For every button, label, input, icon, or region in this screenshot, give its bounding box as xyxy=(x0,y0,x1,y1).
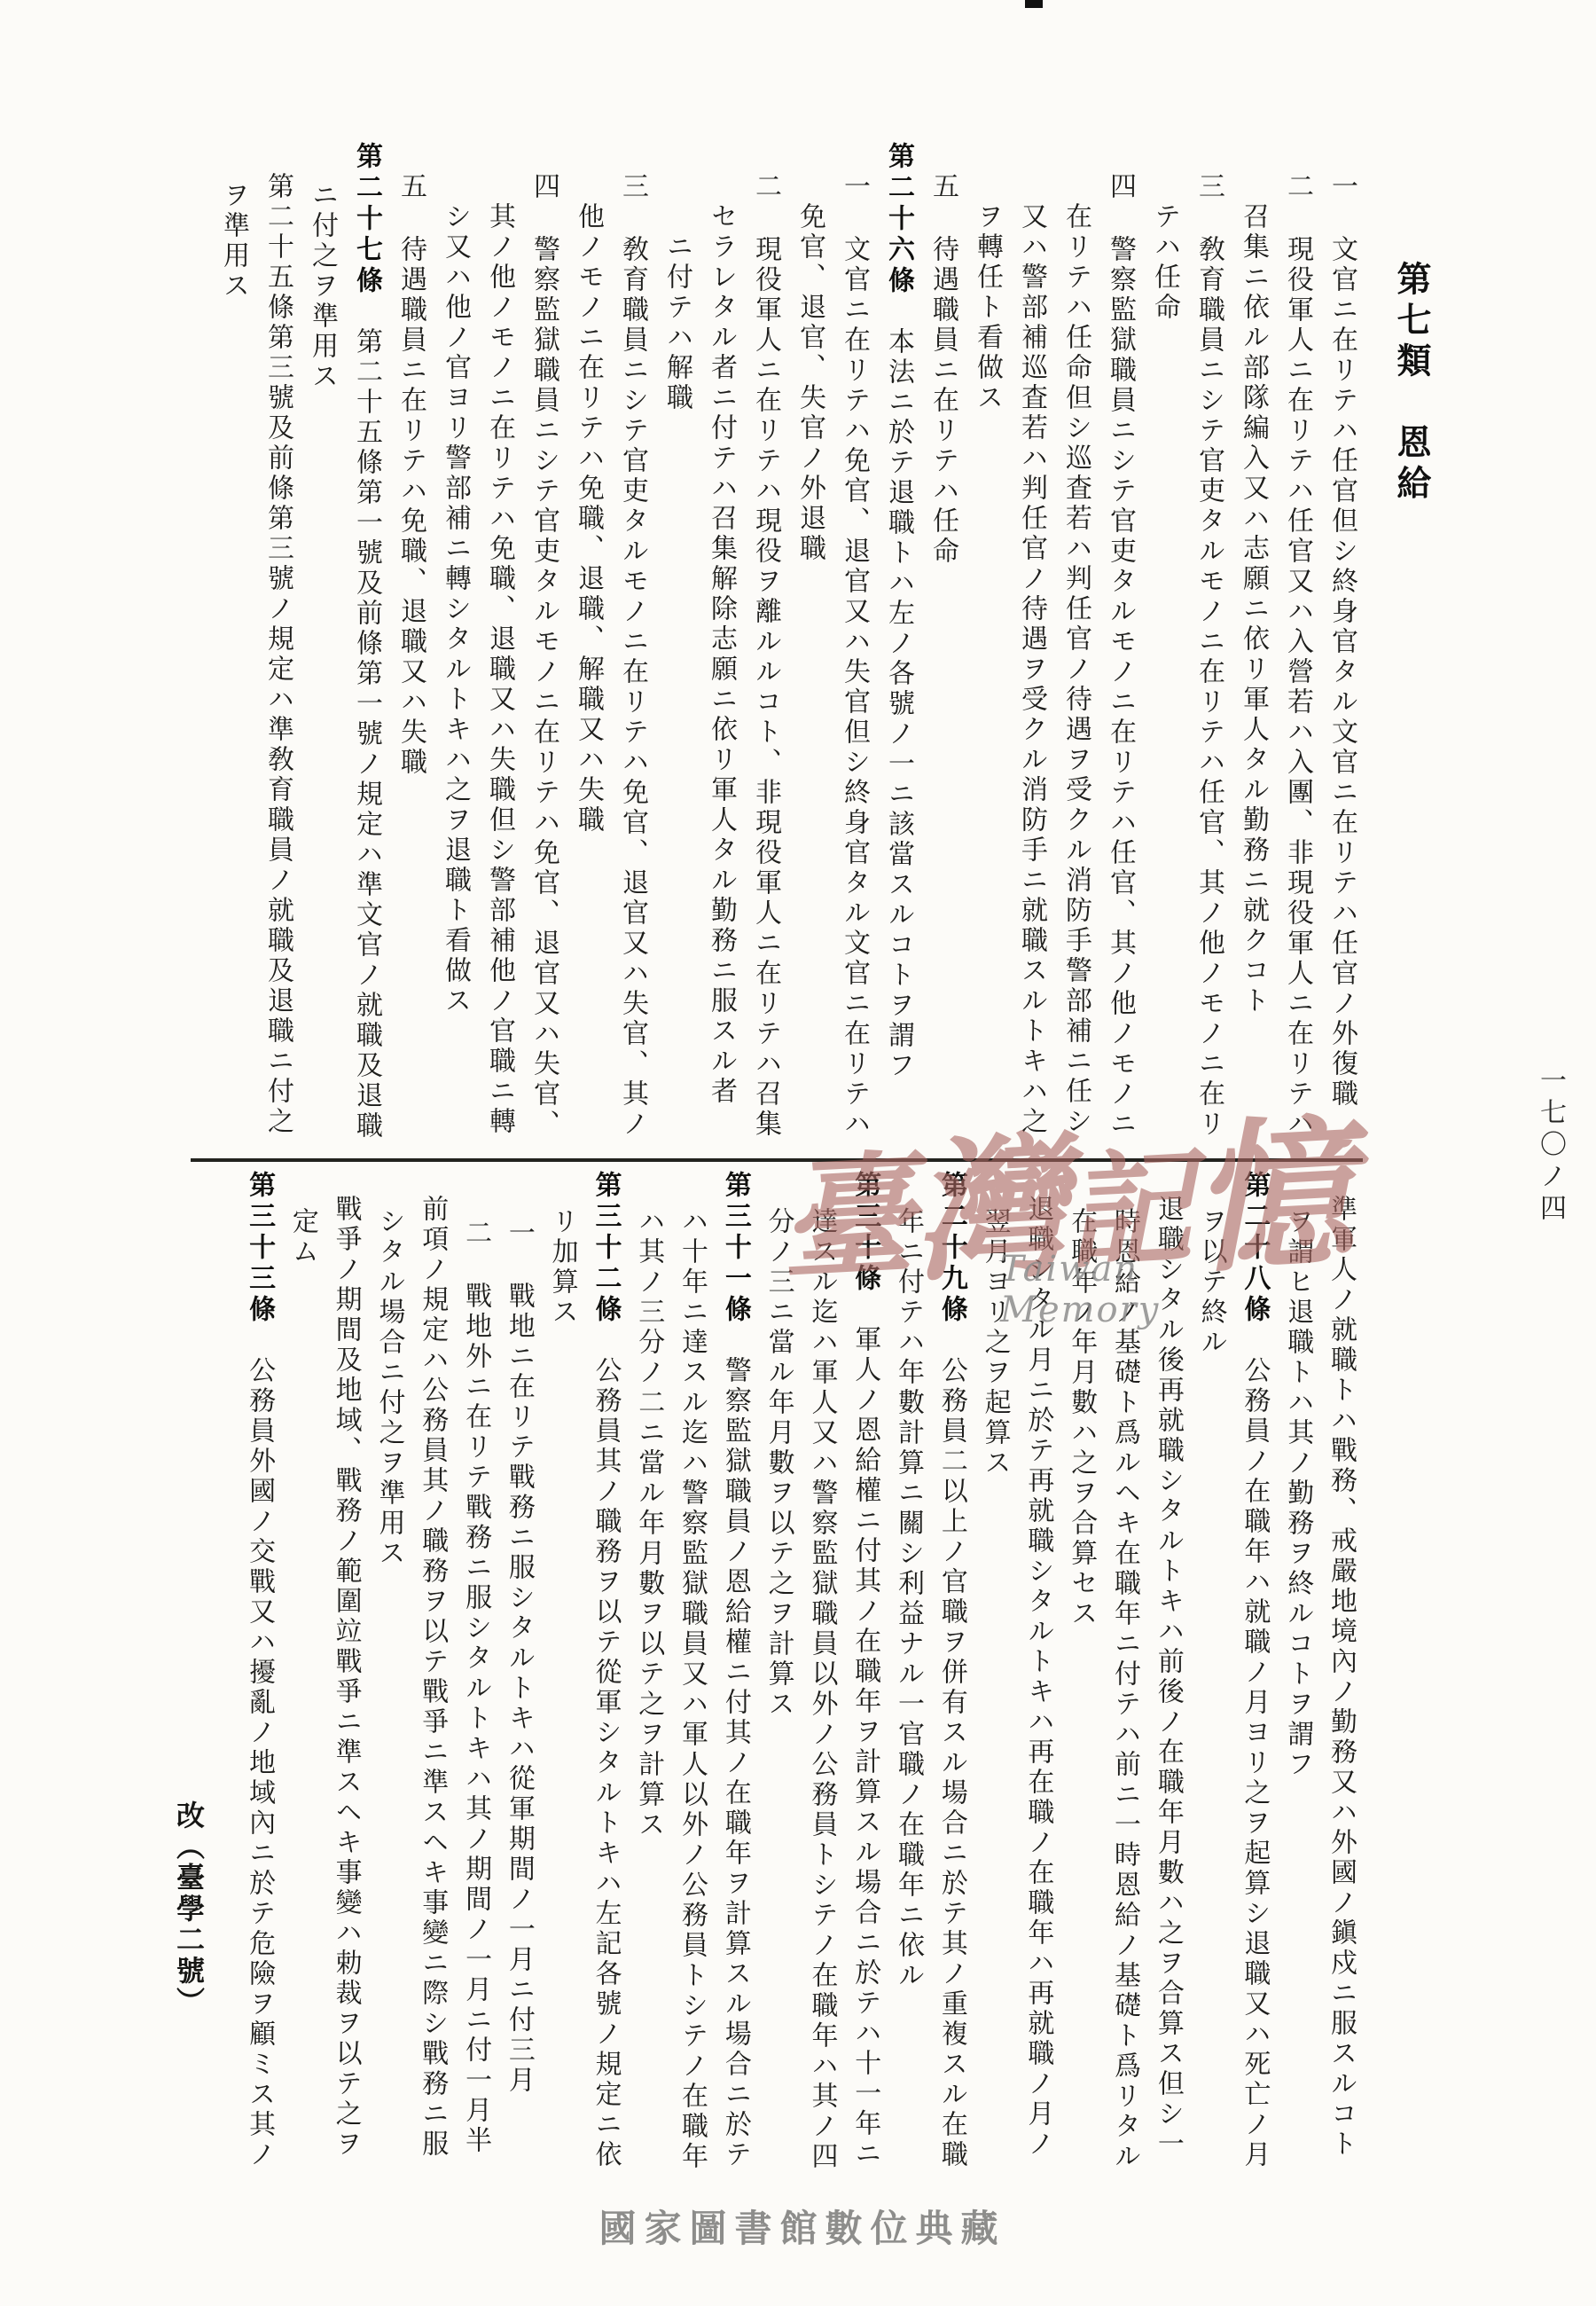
text-column: ハ其ノ三分ノ二ニ當ル年月數ヲ以テ之ヲ計算ス xyxy=(626,1171,669,2151)
text-column: 前項ノ規定ハ公務員其ノ職務ヲ以テ戰爭ニ準スヘキ事變ニ際シ戰務ニ服 xyxy=(410,1171,453,2151)
text-column: 戰爭ノ期間及地域、戰務ノ範圍竝戰爭ニ準スヘキ事變ハ勅裁ヲ以テ之ヲ xyxy=(324,1171,367,2151)
scan-artifact xyxy=(1025,0,1043,8)
text-column: 退職シタル後再就職シタルトキハ前後ノ在職年月數ハ之ヲ合算ス但シ一 xyxy=(1146,1171,1189,2151)
text-column: 免官、退官、失官ノ外退職 xyxy=(787,142,832,1137)
text-column: 一 戰地ニ在リテ戰務ニ服シタルトキハ從軍期間ノ一月ニ付三月 xyxy=(497,1171,540,2151)
text-column: 四 警察監獄職員ニシテ官吏タルモノニ在リテハ免官、退官又ハ失官、 xyxy=(521,142,566,1137)
text-column: ニ付之ヲ準用ス xyxy=(300,142,344,1137)
text-column: 四 警察監獄職員ニシテ官吏タルモノニ在リテハ任官、其ノ他ノモノニ xyxy=(1098,142,1142,1137)
text-column: 他ノモノニ在リテハ免職、退職、解職又ハ失職 xyxy=(566,142,610,1137)
text-column: 年ニ付テハ年數計算ニ關シ利益ナル一官職ノ在職年ニ依ル xyxy=(886,1171,929,2151)
text-column: 三 敎育職員ニシテ官吏タルモノニ在リテハ任官、其ノ他ノモノニ在リ xyxy=(1186,142,1231,1137)
text-column: シタル場合ニ付之ヲ準用ス xyxy=(367,1171,411,2151)
text-block-lower: 準軍人ノ就職トハ戰務、戒嚴地境內ノ勤務又ハ外國ノ鎭戍ニ服スルコトヲ謂ヒ退職トハ其… xyxy=(237,1171,1362,2151)
text-column: シ又ハ他ノ官ヨリ警部補ニ轉シタルトキハ之ヲ退職ト看做ス xyxy=(433,142,477,1137)
article-number: 第三十二條 xyxy=(591,1171,620,1326)
library-digital-archive-watermark: 國家圖書館數位典藏 xyxy=(581,2200,1024,2253)
article-line: 第二十八條 公務員ノ在職年ハ就職ノ月ヨリ之ヲ起算シ退職又ハ死亡ノ月 xyxy=(1232,1171,1276,2151)
text-column: セラレタル者ニ付テハ召集解除志願ニ依リ軍人タル勤務ニ服スル者 xyxy=(699,142,743,1137)
article-line: 第三十條 軍人ノ恩給權ニ付其ノ在職年ヲ計算スル場合ニ於テハ十一年ニ xyxy=(842,1171,886,2151)
text-column: ヲ轉任ト看做ス xyxy=(965,142,1009,1137)
text-column: 二 現役軍人ニ在リテハ任官又ハ入營若ハ入團、非現役軍人ニ在リテハ xyxy=(1275,142,1319,1137)
chapter-header: 第七類 恩給 xyxy=(1386,261,1436,506)
text-column: 達スル迄ハ軍人又ハ警察監獄職員以外ノ公務員トシテノ在職年ハ其ノ四 xyxy=(800,1171,843,2151)
article-line: 第二十六條 本法ニ於テ退職トハ左ノ各號ノ一ニ該當スルコトヲ謂フ xyxy=(876,142,920,1137)
text-column: 在職年ノ年月數ハ之ヲ合算セス xyxy=(1059,1171,1102,2151)
text-column: ヲ以テ終ル xyxy=(1189,1171,1232,2151)
text-column: テハ任命 xyxy=(1142,142,1186,1137)
scanned-document-page: 第七類 恩給 一 文官ニ在リテハ任官但シ終身官タル文官ニ在リテハ任官ノ外復職二 … xyxy=(0,0,1596,2306)
article-line: 第二十七條 第二十五條第一號及前條第一號ノ規定ハ準文官ノ就職及退職 xyxy=(344,142,388,1137)
article-number: 第二十六條 xyxy=(884,142,913,297)
article-number: 第三十三條 xyxy=(245,1171,274,1326)
text-column: 翌月ヨリ之ヲ起算ス xyxy=(973,1171,1016,2151)
folio-page-number: 一七〇ノ四 xyxy=(1530,1066,1569,1226)
text-column: ヲ準用ス xyxy=(211,142,255,1137)
article-line: 第三十二條 公務員其ノ職務ヲ以テ從軍シタルトキハ左記各號ノ規定ニ依 xyxy=(583,1171,627,2151)
text-column: 一 文官ニ在リテハ任官但シ終身官タル文官ニ在リテハ任官ノ外復職 xyxy=(1319,142,1364,1137)
article-number: 第二十八條 xyxy=(1240,1171,1269,1326)
text-column: 五 待遇職員ニ在リテハ任命 xyxy=(920,142,965,1137)
text-column: 時恩給ノ基礎ト爲ルヘキ在職年ニ付テハ前ニ一時恩給ノ基礎ト爲リタル xyxy=(1102,1171,1146,2151)
text-column: ヲ謂ヒ退職トハ其ノ勤務ヲ終ルコトヲ謂フ xyxy=(1275,1171,1318,2151)
article-line: 第三十一條 警察監獄職員ノ恩給權ニ付其ノ在職年ヲ計算スル場合ニ於テ xyxy=(713,1171,756,2151)
text-column: 二 戰地外ニ在リテ戰務ニ服シタルトキハ其ノ期間ノ一月ニ付一月半 xyxy=(453,1171,497,2151)
text-column: 五 待遇職員ニ在リテハ免職、退職又ハ失職 xyxy=(388,142,433,1137)
text-column: 三 敎育職員ニシテ官吏タルモノニ在リテハ免官、退官又ハ失官、其ノ xyxy=(610,142,654,1137)
text-block-upper: 一 文官ニ在リテハ任官但シ終身官タル文官ニ在リテハ任官ノ外復職二 現役軍人ニ在リ… xyxy=(211,142,1364,1137)
text-column: 召集ニ依ル部隊編入又ハ志願ニ依リ軍人タル勤務ニ就クコト xyxy=(1231,142,1275,1137)
text-column: 退職シタル月ニ於テ再就職シタルトキハ再在職ノ在職年ハ再就職ノ月ノ xyxy=(1016,1171,1060,2151)
article-line: 第二十九條 公務員二以上ノ官職ヲ併有スル場合ニ於テ其ノ重複スル在職 xyxy=(929,1171,973,2151)
text-column: 一 文官ニ在リテハ免官、退官又ハ失官但シ終身官タル文官ニ在リテハ xyxy=(832,142,876,1137)
text-column: 定ム xyxy=(280,1171,324,2151)
article-number: 第三十一條 xyxy=(721,1171,750,1326)
text-column: ハ十年ニ達スル迄ハ警察監獄職員又ハ軍人以外ノ公務員トシテノ在職年 xyxy=(669,1171,713,2151)
half-page-divider-rule xyxy=(191,1158,1363,1162)
text-column: 分ノ三ニ當ル年月數ヲ以テ之ヲ計算ス xyxy=(756,1171,800,2151)
article-number: 第三十條 xyxy=(850,1171,880,1295)
text-column: 其ノ他ノモノニ在リテハ免職、退職又ハ失職但シ警部補他ノ官職ニ轉 xyxy=(477,142,521,1137)
text-column: 準軍人ノ就職トハ戰務、戒嚴地境內ノ勤務又ハ外國ノ鎭戍ニ服スルコト xyxy=(1318,1171,1362,2151)
text-column: リ加算ス xyxy=(540,1171,583,2151)
text-column: 第二十五條第三號及前條第三號ノ規定ハ準敎育職員ノ就職及退職ニ付之 xyxy=(255,142,300,1137)
text-column: ニ付テハ解職 xyxy=(654,142,699,1137)
article-line: 第三十三條 公務員外國ノ交戰又ハ擾亂ノ地域內ニ於テ危險ヲ顧ミス其ノ xyxy=(237,1171,280,2151)
text-column: 二 現役軍人ニ在リテハ現役ヲ離ルルコト、非現役軍人ニ在リテハ召集 xyxy=(743,142,787,1137)
article-number: 第二十七條 xyxy=(352,142,381,297)
text-column: 又ハ警部補巡査若ハ判任官ノ待遇ヲ受クル消防手ニ就職スルトキハ之 xyxy=(1009,142,1053,1137)
text-column: 在リテハ任命但シ巡査若ハ判任官ノ待遇ヲ受クル消防手警部補ニ任シ xyxy=(1053,142,1098,1137)
article-number: 第二十九條 xyxy=(937,1171,966,1326)
edition-note: 改（臺學二號） xyxy=(168,1800,209,2018)
